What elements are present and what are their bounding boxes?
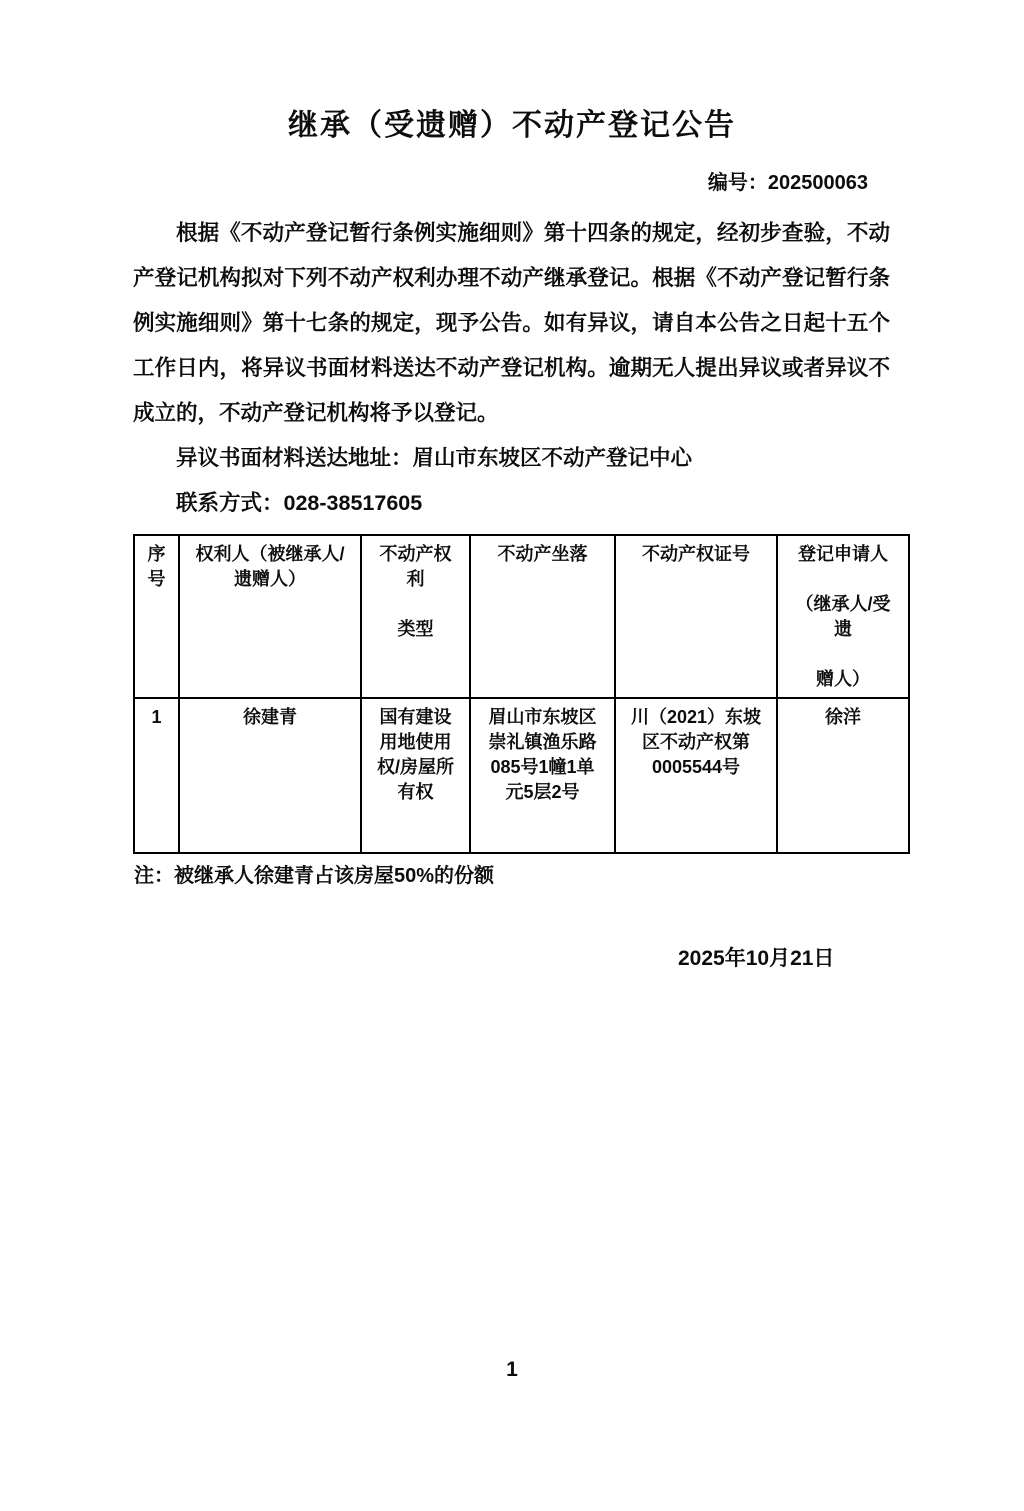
header-cell-right-type: 不动产权 利 类型	[361, 535, 470, 698]
notice-title: 继承（受遗赠）不动产登记公告	[0, 0, 1024, 144]
note-line: 注：被继承人徐建青占该房屋50%的份额	[134, 862, 1024, 890]
notice-page: 继承（受遗赠）不动产登记公告 编号：202500063 根据《不动产登记暂行条例…	[0, 0, 1024, 1511]
contact-line: 联系方式：028-38517605	[133, 481, 890, 526]
cell-cert-number: 川（2021）东坡 区不动产权第 0005544号	[615, 698, 777, 853]
page-number: 1	[0, 1358, 1024, 1382]
address-line: 异议书面材料送达地址：眉山市东坡区不动产登记中心	[133, 436, 890, 481]
header-cell-rights-holder: 权利人（被继承人/ 遗赠人）	[179, 535, 361, 698]
body-paragraph: 根据《不动产登记暂行条例实施细则》第十四条的规定，经初步查验，不动产登记机构拟对…	[133, 211, 890, 436]
table-row: 1 徐建青 国有建设 用地使用 权/房屋所 有权 眉山市东坡区 崇礼镇渔乐路 0…	[134, 698, 909, 853]
doc-number: 编号：202500063	[0, 166, 868, 195]
inheritance-registration-table: 序 号 权利人（被继承人/ 遗赠人） 不动产权 利 类型 不动产坐落 不动产权证…	[133, 534, 910, 854]
table-header-row: 序 号 权利人（被继承人/ 遗赠人） 不动产权 利 类型 不动产坐落 不动产权证…	[134, 535, 909, 698]
header-cell-applicant: 登记申请人 （继承人/受 遗 赠人）	[777, 535, 909, 698]
issue-date: 2025年10月21日	[678, 942, 1024, 972]
cell-rights-holder: 徐建青	[179, 698, 361, 853]
header-cell-location: 不动产坐落	[470, 535, 615, 698]
cell-seq: 1	[134, 698, 179, 853]
cell-location: 眉山市东坡区 崇礼镇渔乐路 085号1幢1单 元5层2号	[470, 698, 615, 853]
notice-body: 根据《不动产登记暂行条例实施细则》第十四条的规定，经初步查验，不动产登记机构拟对…	[133, 211, 890, 526]
header-cell-seq: 序 号	[134, 535, 179, 698]
cell-right-type: 国有建设 用地使用 权/房屋所 有权	[361, 698, 470, 853]
header-cell-cert-number: 不动产权证号	[615, 535, 777, 698]
cell-applicant: 徐洋	[777, 698, 909, 853]
